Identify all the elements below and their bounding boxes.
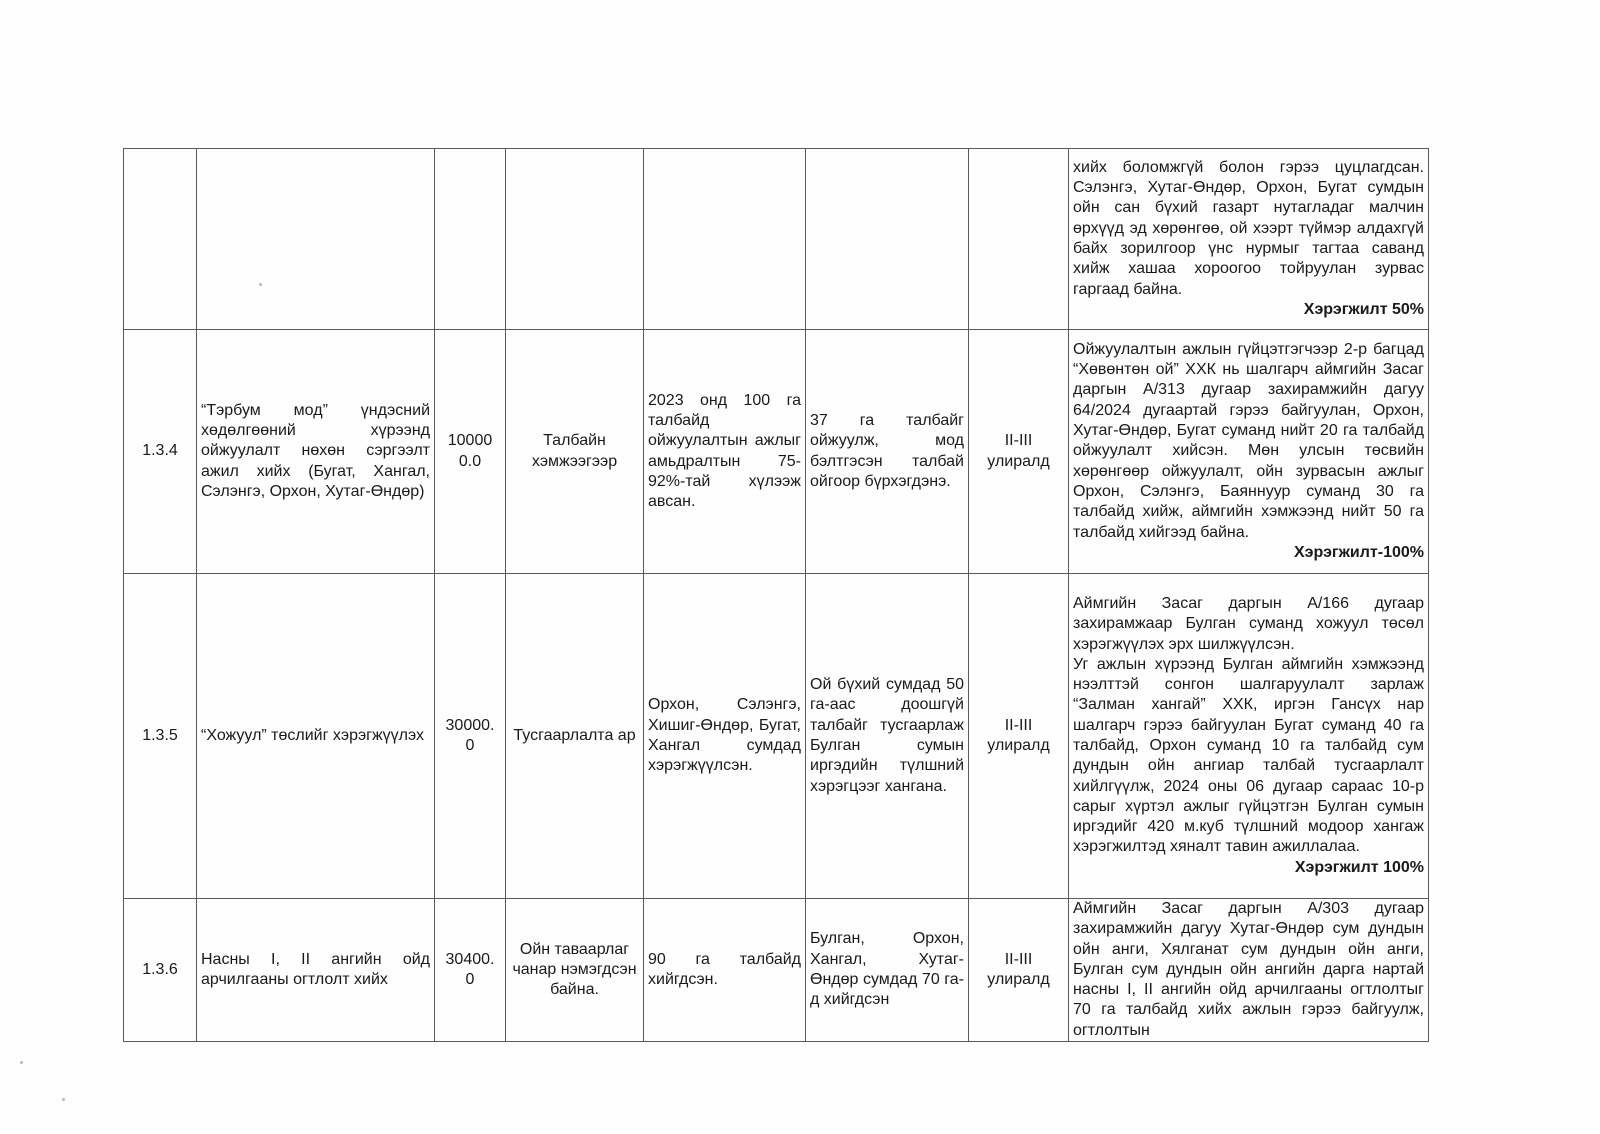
baseline-cell (644, 149, 806, 330)
report-text: хийх боломжгүй болон гэрээ цуцлагдсан. С… (1073, 158, 1424, 300)
action-plan-table: хийх боломжгүй болон гэрээ цуцлагдсан. С… (123, 148, 1429, 1042)
target-cell: Булган, Орхон, Хангал, Хутаг-Өндөр сумда… (806, 899, 969, 1042)
report-text: Аймгийн Засаг даргын А/166 дугаар захира… (1073, 594, 1424, 858)
term-cell: II-III улиралд (969, 330, 1069, 574)
table-row: 1.3.6 Насны I, II ангийн ойд арчилгааны … (124, 899, 1429, 1042)
target-cell (806, 149, 969, 330)
implementation-report-cell: хийх боломжгүй болон гэрээ цуцлагдсан. С… (1069, 149, 1429, 330)
budget-cell: 30000. 0 (435, 574, 506, 899)
baseline-cell: 2023 онд 100 га талбайд ойжуулалтын ажлы… (644, 330, 806, 574)
budget-cell (435, 149, 506, 330)
report-paragraph: Уг ажлын хүрээнд Булган аймгийн хэмжээнд… (1073, 655, 1424, 858)
indicator-cell: Тусгаарлалта ар (506, 574, 644, 899)
scan-speck (20, 1061, 23, 1064)
indicator-cell: Ойн таваарлаг чанар нэмэгдсэн байна. (506, 899, 644, 1042)
item-number-cell: 1.3.4 (124, 330, 197, 574)
table-row: 1.3.5 “Хожуул” төслийг хэрэгжүүлэх 30000… (124, 574, 1429, 899)
implementation-report-cell: Аймгийн Засаг даргын А/303 дугаар захира… (1069, 899, 1429, 1042)
item-number-cell: 1.3.6 (124, 899, 197, 1042)
implementation-status: Хэрэгжилт 100% (1073, 858, 1424, 878)
report-paragraph: хийх боломжгүй болон гэрээ цуцлагдсан. С… (1073, 158, 1424, 300)
baseline-cell: Орхон, Сэлэнгэ, Хишиг-Өндөр, Бугат, Ханг… (644, 574, 806, 899)
implementation-report-cell: Аймгийн Засаг даргын А/166 дугаар захира… (1069, 574, 1429, 899)
report-text: Аймгийн Засаг даргын А/303 дугаар захира… (1073, 899, 1424, 1041)
scan-speck (62, 1098, 65, 1101)
activity-title-cell: “Тэрбум мод” үндэсний хөдөлгөөний хүрээн… (197, 330, 435, 574)
report-text: Ойжуулалтын ажлын гүйцэтгэгчээр 2-р багц… (1073, 340, 1424, 543)
activity-title-cell (197, 149, 435, 330)
item-number-cell (124, 149, 197, 330)
implementation-status: Хэрэгжилт-100% (1073, 543, 1424, 563)
target-cell: 37 га талбайг ойжуулж, мод бэлтгэсэн тал… (806, 330, 969, 574)
report-paragraph: Ойжуулалтын ажлын гүйцэтгэгчээр 2-р багц… (1073, 340, 1424, 543)
term-cell: II-III улиралд (969, 574, 1069, 899)
implementation-report-cell: Ойжуулалтын ажлын гүйцэтгэгчээр 2-р багц… (1069, 330, 1429, 574)
term-cell: II-III улиралд (969, 899, 1069, 1042)
target-cell: Ой бүхий сумдад 50 га-аас доошгүй талбай… (806, 574, 969, 899)
budget-cell: 30400. 0 (435, 899, 506, 1042)
indicator-cell: Талбайн хэмжээгээр (506, 330, 644, 574)
indicator-cell (506, 149, 644, 330)
baseline-cell: 90 га талбайд хийгдсэн. (644, 899, 806, 1042)
term-cell (969, 149, 1069, 330)
budget-cell: 10000 0.0 (435, 330, 506, 574)
activity-title-cell: Насны I, II ангийн ойд арчилгааны огтлол… (197, 899, 435, 1042)
table-row: хийх боломжгүй болон гэрээ цуцлагдсан. С… (124, 149, 1429, 330)
implementation-status: Хэрэгжилт 50% (1073, 300, 1424, 320)
table-row: 1.3.4 “Тэрбум мод” үндэсний хөдөлгөөний … (124, 330, 1429, 574)
activity-title-cell: “Хожуул” төслийг хэрэгжүүлэх (197, 574, 435, 899)
item-number-cell: 1.3.5 (124, 574, 197, 899)
report-paragraph: Аймгийн Засаг даргын А/166 дугаар захира… (1073, 594, 1424, 655)
scanned-document-page: хийх боломжгүй болон гэрээ цуцлагдсан. С… (0, 0, 1600, 1134)
report-paragraph: Аймгийн Засаг даргын А/303 дугаар захира… (1073, 899, 1424, 1041)
